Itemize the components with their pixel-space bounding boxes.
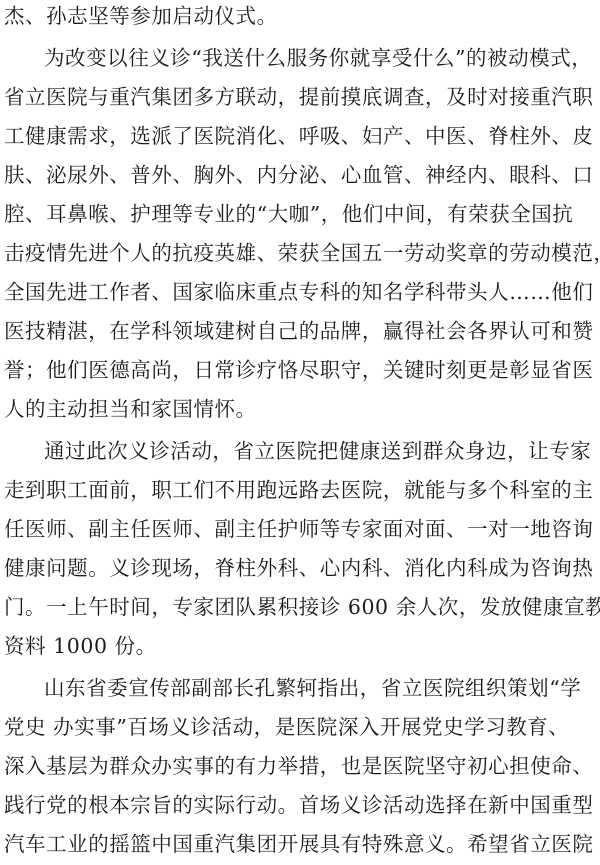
- paragraph-2-line-1: 为改变以往义诊“我送什么服务你就享受什么”的被动模式，: [44, 46, 600, 70]
- paragraph-3-line-5: 门。一上午时间，专家团队累积接诊 600 余人次，发放健康宣教: [4, 595, 600, 619]
- paragraph-2-line-9: 誉；他们医德高尚，日常诊疗恪尽职守，关键时刻更是彰显省医: [4, 358, 600, 382]
- document-page: 杰、孙志坚等参加启动仪式。 为改变以往义诊“我送什么服务你就享受什么”的被动模式…: [0, 0, 600, 865]
- paragraph-3-line-4: 健康问题。义诊现场，脊柱外科、心内科、消化内科成为咨询热: [4, 556, 600, 580]
- paragraph-1-line-1: 杰、孙志坚等参加启动仪式。: [4, 4, 600, 28]
- paragraph-2-line-4: 肤、泌尿外、普外、胸外、内分泌、心血管、神经内、眼科、口: [4, 163, 600, 187]
- paragraph-2-line-6: 击疫情先进个人的抗疫英雄、荣获全国五一劳动奖章的劳动模范，: [4, 241, 600, 265]
- paragraph-2-line-8: 医技精湛，在学科领域建树自己的品牌，赢得社会各界认可和赞: [4, 319, 600, 343]
- paragraph-3-line-6: 资料 1000 份。: [4, 634, 600, 658]
- paragraph-2-line-2: 省立医院与重汽集团多方联动，提前摸底调查，及时对接重汽职: [4, 85, 600, 109]
- paragraph-4-line-5: 汽车工业的摇篮中国重汽集团开展具有特殊意义。希望省立医院: [4, 832, 600, 856]
- paragraph-2-line-5: 腔、耳鼻喉、护理等专业的“大咖”，他们中间，有荣获全国抗: [4, 202, 600, 226]
- paragraph-4-line-3: 深入基层为群众办实事的有力举措，也是医院坚守初心担使命、: [4, 754, 600, 778]
- paragraph-2-line-10: 人的主动担当和家国情怀。: [4, 397, 600, 421]
- paragraph-4-line-2: 党史 办实事”百场义诊活动，是医院深入开展党史学习教育、: [4, 715, 600, 739]
- paragraph-4-line-4: 践行党的根本宗旨的实际行动。首场义诊活动选择在新中国重型: [4, 793, 600, 817]
- paragraph-2-line-3: 工健康需求，选派了医院消化、呼吸、妇产、中医、脊柱外、皮: [4, 124, 600, 148]
- paragraph-4-line-1: 山东省委宣传部副部长孔繁轲指出，省立医院组织策划“学: [44, 676, 600, 700]
- paragraph-3-line-1: 通过此次义诊活动，省立医院把健康送到群众身边，让专家: [44, 439, 600, 463]
- paragraph-3-line-3: 任医师、副主任医师、副主任护师等专家面对面、一对一地咨询: [4, 517, 600, 541]
- paragraph-3-line-2: 走到职工面前，职工们不用跑远路去医院，就能与多个科室的主: [4, 478, 600, 502]
- paragraph-2-line-7: 全国先进工作者、国家临床重点专科的知名学科带头人……他们: [4, 280, 600, 304]
